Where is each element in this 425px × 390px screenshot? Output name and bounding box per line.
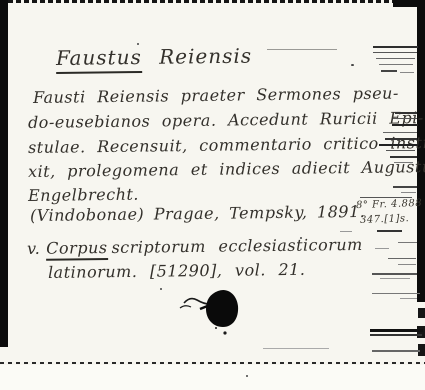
scan-artifact-line <box>388 258 416 259</box>
scan-speck <box>351 64 354 66</box>
scan-artifact-line <box>340 231 352 232</box>
scan-artifact-line <box>370 329 423 332</box>
body-line: xit, prolegomena et indices adiecit Augu… <box>28 157 425 181</box>
scan-artifact-line <box>379 144 418 146</box>
body-line: stulae. Recensuit, commentario critico i… <box>28 133 425 157</box>
cross-reference-line-1: v.Corpusscriptorum ecclesiasticorum <box>27 235 363 258</box>
scan-artifact-line <box>370 334 422 336</box>
scan-artifact-line <box>393 186 417 188</box>
scan-speck <box>160 288 162 290</box>
shelfmark-line-1: 8° Fr. 4.888 <box>356 198 422 211</box>
scan-speck <box>246 375 248 377</box>
scan-artifact-line <box>401 192 416 193</box>
scan-speck <box>300 237 302 239</box>
scan-artifact-line <box>372 350 420 352</box>
scan-artifact-line <box>398 264 416 265</box>
scan-artifact-line <box>400 298 417 299</box>
scan-artifact-line <box>398 242 417 243</box>
cross-reference-rest: scriptorum ecclesiasticorum <box>111 235 362 257</box>
cross-reference-title-underlined: Corpus <box>46 238 108 261</box>
scanner-background <box>0 365 425 390</box>
scan-artifact-line <box>377 230 402 232</box>
scan-artifact-line <box>380 278 410 279</box>
scan-artifact-line <box>376 58 415 59</box>
scan-speck <box>137 43 139 45</box>
scan-border-fragment <box>418 308 425 318</box>
scan-artifact-line <box>400 72 414 73</box>
scan-artifact-line <box>267 49 337 50</box>
scan-artifact-line <box>390 156 417 158</box>
scan-artifact-line <box>393 118 417 119</box>
scan-artifact-line <box>373 52 417 53</box>
scan-artifact-line <box>385 138 417 140</box>
scan-artifact-line <box>394 162 413 163</box>
shelfmark-line-2: 347.[1]s. <box>360 213 410 226</box>
scan-artifact-line <box>375 248 389 249</box>
card-heading: Faustus Reiensis <box>56 44 252 70</box>
cross-reference-prefix: v. <box>27 239 40 258</box>
scan-artifact-line <box>263 348 329 349</box>
scan-artifact-line <box>360 197 412 198</box>
scan-artifact-line <box>381 70 397 72</box>
heading-name-underlined: Faustus <box>56 45 142 74</box>
body-line: do-eusebianos opera. Accedunt Ruricii Ep… <box>28 108 424 132</box>
scan-artifact-line <box>383 132 417 133</box>
scan-border-left <box>0 0 8 347</box>
heading-name-rest: Reiensis <box>159 44 252 69</box>
scan-artifact-line <box>379 64 413 65</box>
scan-artifact-line <box>392 124 418 126</box>
scan-border-top-right <box>393 0 425 7</box>
body-line: Fausti Reiensis praeter Sermones pseu- <box>33 84 399 107</box>
scan-artifact-line <box>395 112 417 114</box>
scan-artifact-line <box>372 293 420 294</box>
imprint-line: (Vindobonae) Pragae, Tempsky, 1891. <box>30 202 366 225</box>
scan-border-top <box>0 0 425 3</box>
scan-artifact-line <box>373 46 418 48</box>
scan-border-fragment <box>417 326 425 338</box>
scan-border-bottom <box>0 362 425 364</box>
ink-blot-icon <box>172 283 252 345</box>
body-line: Engelbrecht. <box>28 185 139 205</box>
catalog-card-scan: Faustus Reiensis Fausti Reiensis praeter… <box>0 0 425 390</box>
cross-reference-line-2: latinorum. [51290], vol. 21. <box>48 260 306 282</box>
scan-artifact-line <box>372 273 417 275</box>
scan-artifact-line <box>386 150 415 151</box>
